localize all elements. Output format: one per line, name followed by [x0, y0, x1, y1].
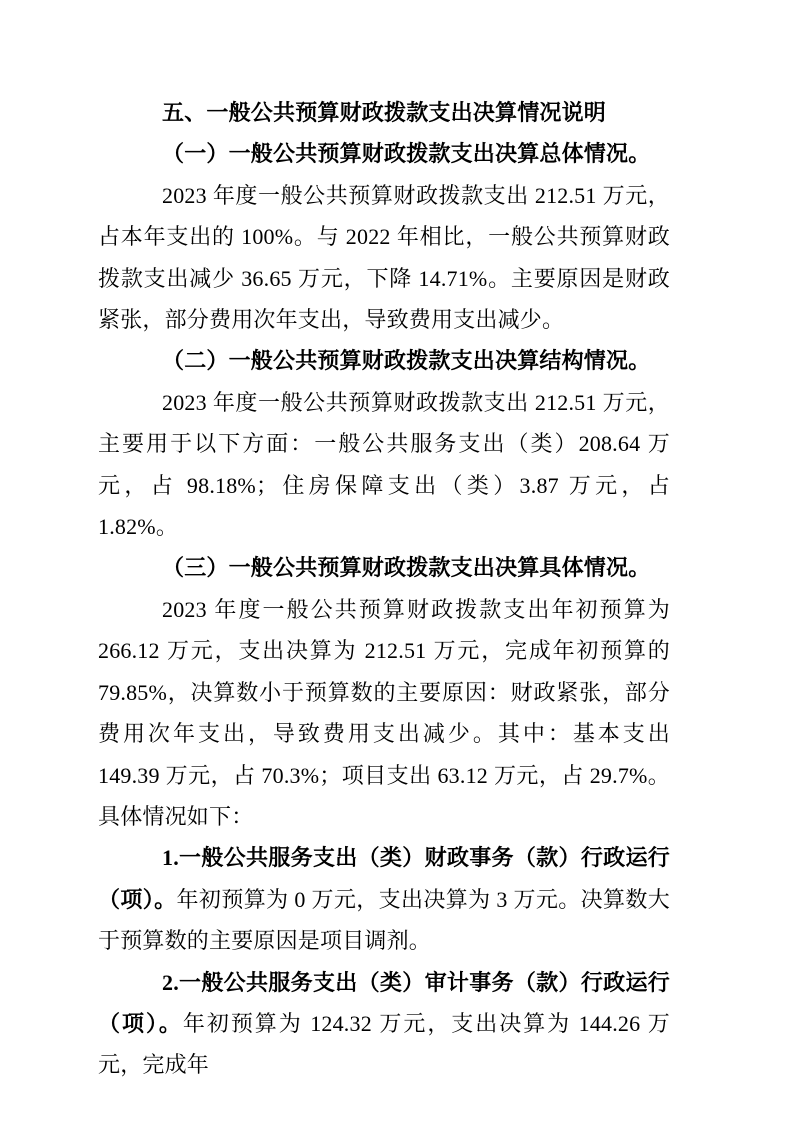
item-1-text: 年初预算为 0 万元，支出决算为 3 万元。决算数大于预算数的主要原因是项目调剂…	[98, 887, 670, 953]
paragraph-item-1: 1.一般公共服务支出（类）财政事务（款）行政运行（项）。年初预算为 0 万元，支…	[98, 837, 670, 961]
document-page: 五、一般公共预算财政拨款支出决算情况说明 （一）一般公共预算财政拨款支出决算总体…	[0, 0, 793, 1122]
paragraph-overall-situation: 2023 年度一般公共预算财政拨款支出 212.51 万元，占本年支出的 100…	[98, 175, 670, 341]
paragraph-structure-situation: 2023 年度一般公共预算财政拨款支出 212.51 万元，主要用于以下方面：一…	[98, 382, 670, 548]
subsection-heading-1: （一）一般公共预算财政拨款支出决算总体情况。	[98, 133, 670, 174]
subsection-heading-3: （三）一般公共预算财政拨款支出决算具体情况。	[98, 547, 670, 588]
item-2-text: 年初预算为 124.32 万元，支出决算为 144.26 万元，完成年	[98, 1011, 670, 1077]
document-body: 五、一般公共预算财政拨款支出决算情况说明 （一）一般公共预算财政拨款支出决算总体…	[98, 92, 670, 1086]
section-heading-main: 五、一般公共预算财政拨款支出决算情况说明	[98, 92, 670, 133]
paragraph-specific-situation: 2023 年度一般公共预算财政拨款支出年初预算为 266.12 万元，支出决算为…	[98, 589, 670, 837]
paragraph-item-2: 2.一般公共服务支出（类）审计事务（款）行政运行（项）。年初预算为 124.32…	[98, 962, 670, 1086]
subsection-heading-2: （二）一般公共预算财政拨款支出决算结构情况。	[98, 340, 670, 381]
